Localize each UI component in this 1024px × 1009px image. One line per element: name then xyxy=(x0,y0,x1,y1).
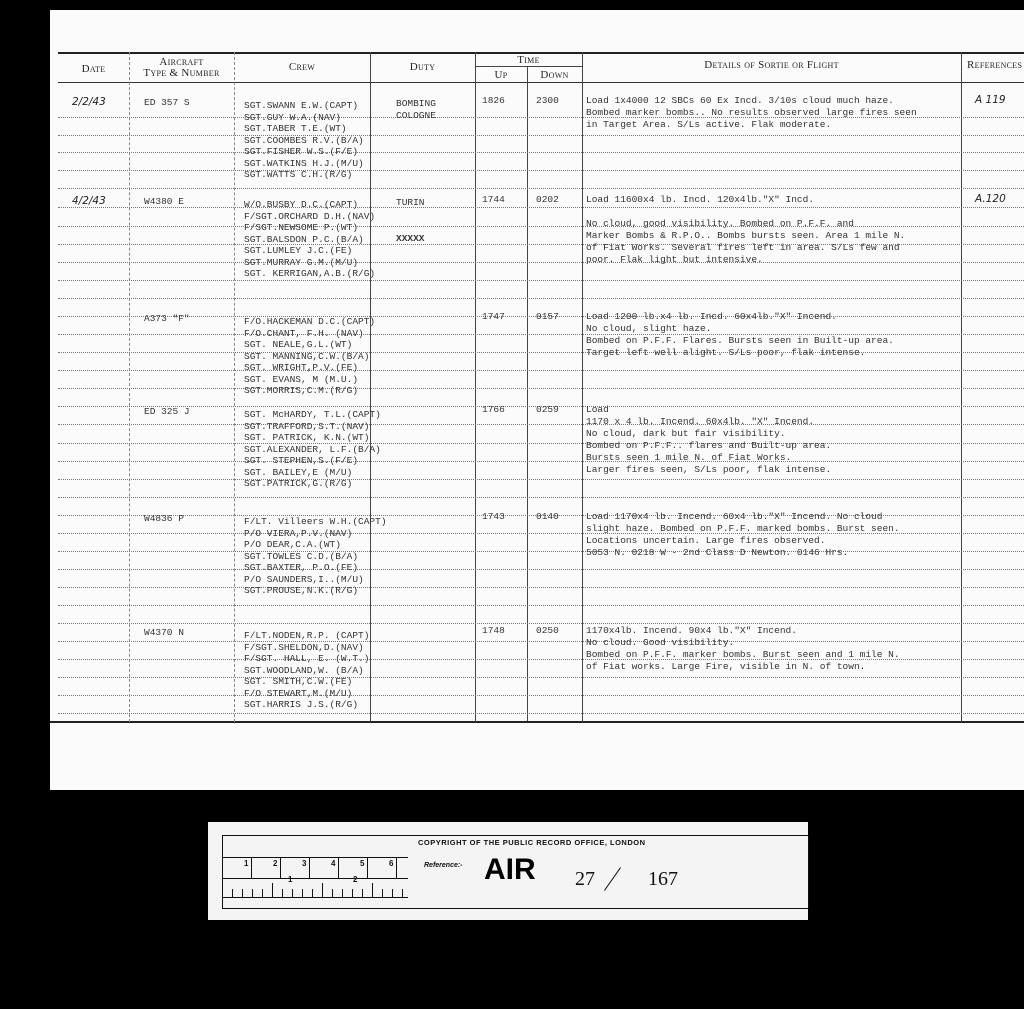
ruler-number: 6 xyxy=(389,859,393,868)
ruler-tick xyxy=(402,889,403,897)
ruler-tick xyxy=(362,889,363,897)
ruler-number: 4 xyxy=(331,859,335,868)
crew-list: F/LT.NODEN,R.P. (CAPT)F/SGT.SHELDON,D.(N… xyxy=(244,630,369,711)
aircraft-number: W4380 E xyxy=(144,196,184,208)
ruler-tick xyxy=(232,889,233,897)
time-down: 0140 xyxy=(536,511,559,523)
crew-member: SGT. STEPHEN,S.(F/E) xyxy=(244,455,381,467)
sortie-date: 2/2/43 xyxy=(72,97,106,109)
ruler-tick xyxy=(392,889,393,897)
detail-line: No cloud. Good visibility. xyxy=(586,637,900,649)
detail-line xyxy=(586,206,905,218)
reference-series: AIR xyxy=(484,853,536,887)
crew-member: SGT.TABER T.E.(WT) xyxy=(244,123,364,135)
time-down: 2300 xyxy=(536,95,559,107)
crew-member: SGT. NEALE,G.L.(WT) xyxy=(244,339,375,351)
detail-line: Bombed on P.F.F. marker bombs. Burst see… xyxy=(586,649,900,661)
crew-member: F/SGT.NEWSOME P.(WT) xyxy=(244,222,375,234)
detail-line: slight haze. Bombed on P.F.F. marked bom… xyxy=(586,523,900,535)
crew-member: P/O VIERA,P.V.(NAV) xyxy=(244,528,387,540)
aircraft-number: W4836 P xyxy=(144,513,184,525)
aircraft-number: ED 357 S xyxy=(144,97,190,109)
sortie-details: Load 1x4000 12 SBCs 60 Ex Incd. 3/10s cl… xyxy=(586,95,917,131)
ruled-line xyxy=(58,569,1024,570)
detail-line: Bombed marker bombs.. No results observe… xyxy=(586,107,917,119)
crew-member: SGT.GUY W.A.(NAV) xyxy=(244,112,364,124)
ruler-division xyxy=(367,858,368,878)
crew-member: SGT.BAXTER, P.O.(FE) xyxy=(244,562,387,574)
crew-member: F/O STEWART,M.(M/U) xyxy=(244,688,369,700)
header-up: Up xyxy=(475,70,527,81)
header-bottom-border xyxy=(58,82,1024,83)
ruler-number: 3 xyxy=(302,859,306,868)
crew-member: SGT. KERRIGAN,A.B.(R/G) xyxy=(244,268,375,280)
ruler-cm-number: 2 xyxy=(353,875,357,884)
ruler-tick xyxy=(242,889,243,897)
ruler-tick xyxy=(302,889,303,897)
time-down: 0157 xyxy=(536,311,559,323)
crew-member: F/SGT. HALL, E. (W.T.) xyxy=(244,653,369,665)
ruler-number: 5 xyxy=(360,859,364,868)
time-up: 1748 xyxy=(482,625,505,637)
time-down: 0250 xyxy=(536,625,559,637)
ruled-line xyxy=(58,587,1024,588)
time-up: 1743 xyxy=(482,511,505,523)
detail-line: Larger fires seen, S/Ls poor, flak inten… xyxy=(586,464,831,476)
ruler-tick xyxy=(312,889,313,897)
sortie-details: 1170x4lb. Incend. 90x4 lb."X" Incend.No … xyxy=(586,625,900,673)
sortie-details: Load 1170x4 lb. Incend. 60x4 lb."X" Ince… xyxy=(586,511,900,559)
detail-line: Bursts seen 1 mile N. of Fiat Works. xyxy=(586,452,831,464)
crew-member: SGT.BALSDON P.C.(B/A) xyxy=(244,234,375,246)
time-up: 1747 xyxy=(482,311,505,323)
duty-line: COLOGNE xyxy=(396,110,436,122)
ruler-tick xyxy=(382,889,383,897)
ruled-line xyxy=(58,695,1024,696)
duty-target: BOMBINGCOLOGNE xyxy=(396,98,436,121)
detail-line: Bombed on P.F.F. Flares. Bursts seen in … xyxy=(586,335,894,347)
crew-member: SGT.COOMBES R.V.(B/A) xyxy=(244,135,364,147)
crew-member: SGT.MURRAY G.M.(M/U) xyxy=(244,257,375,269)
ruler-division xyxy=(338,858,339,878)
ruled-line xyxy=(58,605,1024,606)
ruler-tick xyxy=(292,889,293,897)
ruled-line xyxy=(58,298,1024,299)
crew-member: P/O SAUNDERS,I..(M/U) xyxy=(244,574,387,586)
detail-line: No cloud, good visibility. Bombed on P.F… xyxy=(586,218,905,230)
crew-member: W/O.BUSBY D.C.(CAPT) xyxy=(244,199,375,211)
crew-member: SGT. MANNING,C.W.(B/A) xyxy=(244,351,375,363)
sortie-details: Load1170 x 4 lb. Incend. 60x4lb. "X" Inc… xyxy=(586,404,831,476)
header-duty: Duty xyxy=(370,62,475,73)
ruler-division xyxy=(251,858,252,878)
crew-list: SGT.SWANN E.W.(CAPT)SGT.GUY W.A.(NAV)SGT… xyxy=(244,100,364,181)
crew-member: SGT.ALEXANDER, L.F.(B/A) xyxy=(244,444,381,456)
crew-member: P/O DEAR,C.A.(WT) xyxy=(244,539,387,551)
detail-line: Target left well alight. S/Ls poor, flak… xyxy=(586,347,894,359)
crew-member: SGT.PROUSE,N.K.(R/G) xyxy=(244,585,387,597)
header-time: Time xyxy=(475,55,582,66)
reference-code: A.120 xyxy=(975,194,1006,206)
ruled-line xyxy=(58,152,1024,153)
time-up: 1766 xyxy=(482,404,505,416)
ruled-line xyxy=(58,623,1024,624)
detail-line: Bombed on P.F.F.. flares and Built-up ar… xyxy=(586,440,831,452)
aircraft-number: A373 "F" xyxy=(144,313,190,325)
ruled-line xyxy=(58,388,1024,389)
detail-line: Load 1x4000 12 SBCs 60 Ex Incd. 3/10s cl… xyxy=(586,95,917,107)
detail-line: 5053 N. 0218 W - 2nd Class D Newton. 014… xyxy=(586,547,900,559)
detail-line: No cloud, slight haze. xyxy=(586,323,894,335)
detail-line: poor. Flak light but intensive. xyxy=(586,254,905,266)
ruler-tick xyxy=(282,889,283,897)
crew-member: F/LT.NODEN,R.P. (CAPT) xyxy=(244,630,369,642)
reference-piece-a: 27 xyxy=(575,868,595,891)
ruled-line xyxy=(58,713,1024,714)
time-up: 1744 xyxy=(482,194,505,206)
ruler-number: 1 xyxy=(244,859,248,868)
crew-member: SGT.HARRIS J.S.(R/G) xyxy=(244,699,369,711)
header-crew: Crew xyxy=(234,62,370,73)
ruler-division xyxy=(396,858,397,878)
table-bottom-border xyxy=(50,721,1024,723)
ruler-tick xyxy=(332,889,333,897)
table-top-border xyxy=(58,52,1024,54)
crew-member: SGT.TOWLES C.D.(B/A) xyxy=(244,551,387,563)
aircraft-number: W4370 N xyxy=(144,627,184,639)
time-up: 1826 xyxy=(482,95,505,107)
reference-label: Reference:- xyxy=(424,862,463,869)
ruled-line xyxy=(58,479,1024,480)
ruler-tick xyxy=(342,889,343,897)
crew-member: F/O.CHANT, F.H. (NAV) xyxy=(244,328,375,340)
time-header-split xyxy=(475,66,582,67)
ruler-division xyxy=(309,858,310,878)
copyright-notice: COPYRIGHT OF THE PUBLIC RECORD OFFICE, L… xyxy=(418,838,646,847)
crew-member: F/SGT.ORCHARD D.H.(NAV) xyxy=(244,211,375,223)
ruler-division xyxy=(280,858,281,878)
duty-line: XXXXX xyxy=(396,233,425,245)
ruled-line xyxy=(58,443,1024,444)
aircraft-number: ED 325 J xyxy=(144,406,190,418)
ruled-line xyxy=(58,424,1024,425)
crew-member: SGT.SWANN E.W.(CAPT) xyxy=(244,100,364,112)
crew-member: F/O.HACKEMAN D.C.(CAPT) xyxy=(244,316,375,328)
crew-member: SGT. PATRICK, K.N.(WT) xyxy=(244,432,381,444)
crew-member: SGT.LUMLEY J.C.(FE) xyxy=(244,245,375,257)
ruler-tick xyxy=(262,889,263,897)
duty-line: BOMBING xyxy=(396,98,436,110)
detail-line: of Fiat works. Large Fire, visible in N.… xyxy=(586,661,900,673)
scale-ruler-bottom: 12 xyxy=(222,877,408,898)
detail-line: Load 11600x4 lb. Incd. 120x4lb."X" Incd. xyxy=(586,194,905,206)
detail-line: Load 1170x4 lb. Incend. 60x4 lb."X" Ince… xyxy=(586,511,900,523)
ruled-line xyxy=(58,135,1024,136)
detail-line: Load 1200 lb.x4 lb. Incd. 60x4lb."X" Inc… xyxy=(586,311,894,323)
detail-line: No cloud, dark but fair visibility. xyxy=(586,428,831,440)
ruled-line xyxy=(58,677,1024,678)
time-down: 0259 xyxy=(536,404,559,416)
header-date: Date xyxy=(58,64,129,75)
ruler-tick xyxy=(272,883,273,897)
header-details: Details of Sortie or Flight xyxy=(582,60,961,71)
crew-member: SGT. McHARDY, T.L.(CAPT) xyxy=(244,409,381,421)
detail-line: Load xyxy=(586,404,831,416)
ruler-number: 2 xyxy=(273,859,277,868)
detail-line: 1170x4lb. Incend. 90x4 lb."X" Incend. xyxy=(586,625,900,637)
crew-member: SGT.WOODLAND,W. (B/A) xyxy=(244,665,369,677)
header-aircraft-line2: Type & Number xyxy=(129,68,234,79)
scale-ruler-top: 123456 xyxy=(222,857,408,879)
ruled-line xyxy=(58,461,1024,462)
crew-member: SGT. SMITH,C.W.(FE) xyxy=(244,676,369,688)
ruler-cm-number: 1 xyxy=(288,875,292,884)
header-aircraft: Aircraft Type & Number xyxy=(129,57,234,79)
duty-line: TURIN xyxy=(396,197,425,209)
crew-list: F/LT. Villeers W.H.(CAPT)P/O VIERA,P.V.(… xyxy=(244,516,387,597)
sortie-details: Load 11600x4 lb. Incd. 120x4lb."X" Incd.… xyxy=(586,194,905,266)
ruler-tick xyxy=(222,883,223,897)
crew-member: SGT.TRAFFORD,S.T.(NAV) xyxy=(244,421,381,433)
time-down: 0202 xyxy=(536,194,559,206)
crew-member: SGT. WRIGHT,P.V.(FE) xyxy=(244,362,375,374)
reference-code: A 119 xyxy=(975,95,1006,107)
ruler-tick xyxy=(352,889,353,897)
duty-target: TURINXXXXX xyxy=(396,197,425,244)
detail-line: Locations uncertain. Large fires observe… xyxy=(586,535,900,547)
crew-member: SGT.WATTS C.H.(R/G) xyxy=(244,169,364,181)
crew-member: F/SGT.SHELDON,D.(NAV) xyxy=(244,642,369,654)
ruled-line xyxy=(58,370,1024,371)
ruler-tick xyxy=(372,883,373,897)
crew-list: F/O.HACKEMAN D.C.(CAPT)F/O.CHANT, F.H. (… xyxy=(244,316,375,397)
ruled-line xyxy=(58,497,1024,498)
detail-line: of Fiat Works. Several fires left in are… xyxy=(586,242,905,254)
ruled-line xyxy=(58,170,1024,171)
header-down: Down xyxy=(527,70,582,81)
sortie-date: 4/2/43 xyxy=(72,196,106,208)
ruler-tick xyxy=(252,889,253,897)
ruled-line xyxy=(58,280,1024,281)
crew-member: SGT.FISHER W.S.(F/E) xyxy=(244,146,364,158)
sortie-details: Load 1200 lb.x4 lb. Incd. 60x4lb."X" Inc… xyxy=(586,311,894,359)
detail-line: in Target Area. S/Ls active. Flak modera… xyxy=(586,119,917,131)
crew-member: SGT.WATKINS H.J.(M/U) xyxy=(244,158,364,170)
header-references: References xyxy=(961,60,1024,71)
crew-list: SGT. McHARDY, T.L.(CAPT)SGT.TRAFFORD,S.T… xyxy=(244,409,381,490)
reference-piece-b: 167 xyxy=(648,868,678,891)
crew-member: SGT. EVANS, M (M.U.) xyxy=(244,374,375,386)
crew-member: F/LT. Villeers W.H.(CAPT) xyxy=(244,516,387,528)
ruled-line xyxy=(58,188,1024,189)
crew-member: SGT. BAILEY,E (M/U) xyxy=(244,467,381,479)
crew-list: W/O.BUSBY D.C.(CAPT)F/SGT.ORCHARD D.H.(N… xyxy=(244,199,375,280)
crew-member: SGT.PATRICK,G.(R/G) xyxy=(244,478,381,490)
crew-member: SGT.MORRIS,C.M.(R/G) xyxy=(244,385,375,397)
ruler-tick xyxy=(322,883,323,897)
detail-line: Marker Bombs & R.P.O.. Bombs bursts seen… xyxy=(586,230,905,242)
detail-line: 1170 x 4 lb. Incend. 60x4lb. "X" Incend. xyxy=(586,416,831,428)
